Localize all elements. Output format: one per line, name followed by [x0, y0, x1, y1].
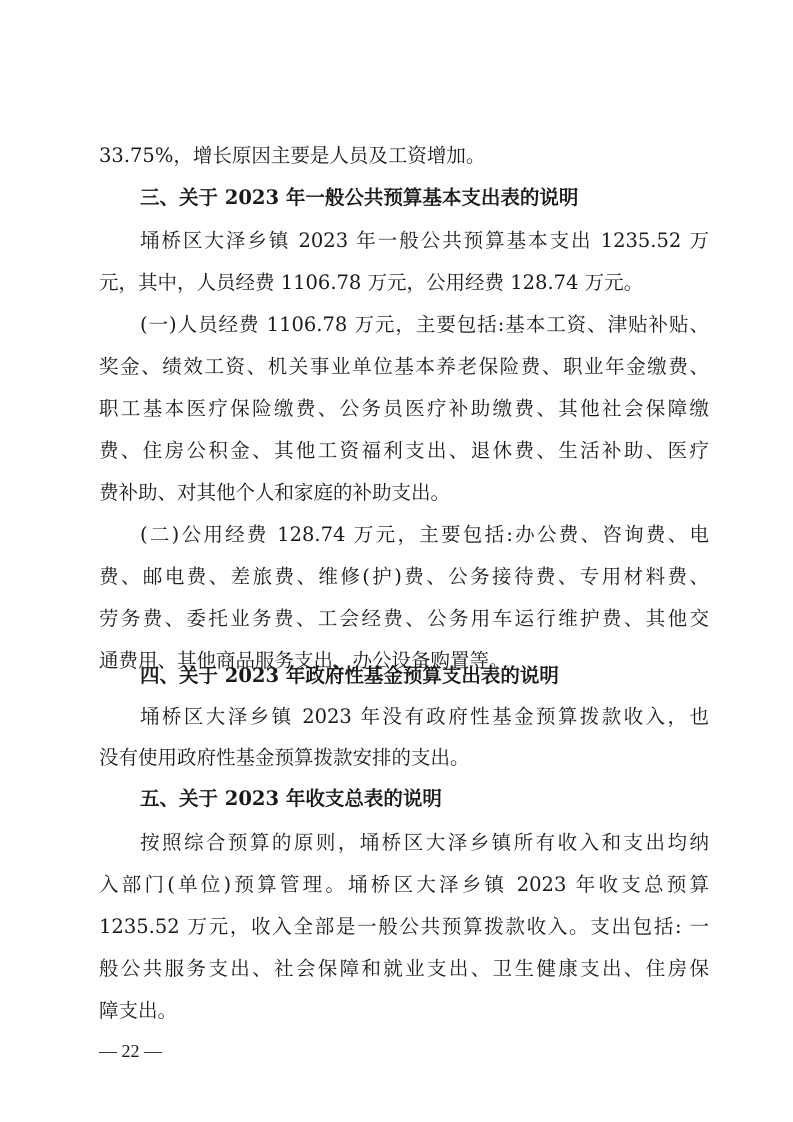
section-heading-3: 三、关于 2023 年一般公共预算基本支出表的说明: [140, 185, 578, 210]
paragraph-line: 没有使用政府性基金预算拨款安排的支出。: [99, 745, 709, 770]
paragraph-line: 职工基本医疗保险缴费、公务员医疗补助缴费、其他社会保障缴: [99, 396, 709, 421]
paragraph-line: 埇桥区大泽乡镇 2023 年没有政府性基金预算拨款收入，也: [140, 704, 709, 729]
paragraph-line: 费、住房公积金、其他工资福利支出、退休费、生活补助、医疗: [99, 438, 709, 463]
paragraph-line: (一)人员经费 1106.78 万元，主要包括:基本工资、津贴补贴、: [140, 312, 709, 337]
paragraph-line: 奖金、绩效工资、机关事业单位基本养老保险费、职业年金缴费、: [99, 354, 709, 379]
paragraph-line: 般公共服务支出、社会保障和就业支出、卫生健康支出、住房保: [99, 956, 709, 981]
paragraph-line: 元，其中，人员经费 1106.78 万元，公用经费 128.74 万元。: [99, 270, 709, 295]
paragraph-line: 劳务费、委托业务费、工会经费、公务用车运行维护费、其他交: [99, 606, 709, 631]
section-heading-4: 四、关于 2023 年政府性基金预算支出表的说明: [140, 663, 559, 688]
paragraph-line: 障支出。: [99, 998, 709, 1023]
section-heading-5: 五、关于 2023 年收支总表的说明: [140, 786, 442, 811]
paragraph-line: 费、邮电费、差旅费、维修(护)费、公务接待费、专用材料费、: [99, 564, 709, 589]
paragraph-line: 1235.52 万元，收入全部是一般公共预算拨款收入。支出包括: 一: [99, 914, 709, 939]
document-page: 33.75%，增长原因主要是人员及工资增加。 三、关于 2023 年一般公共预算…: [0, 0, 793, 1122]
paragraph-line: 按照综合预算的原则，埇桥区大泽乡镇所有收入和支出均纳: [140, 830, 709, 855]
page-number: — 22 —: [99, 1040, 162, 1062]
paragraph-line: 入部门(单位)预算管理。埇桥区大泽乡镇 2023 年收支总预算: [99, 872, 709, 897]
paragraph-line: 埇桥区大泽乡镇 2023 年一般公共预算基本支出 1235.52 万: [140, 228, 709, 253]
paragraph-line: (二)公用经费 128.74 万元，主要包括:办公费、咨询费、电: [140, 522, 709, 547]
paragraph-line: 费补助、对其他个人和家庭的补助支出。: [99, 480, 709, 505]
paragraph-line: 33.75%，增长原因主要是人员及工资增加。: [99, 143, 709, 168]
